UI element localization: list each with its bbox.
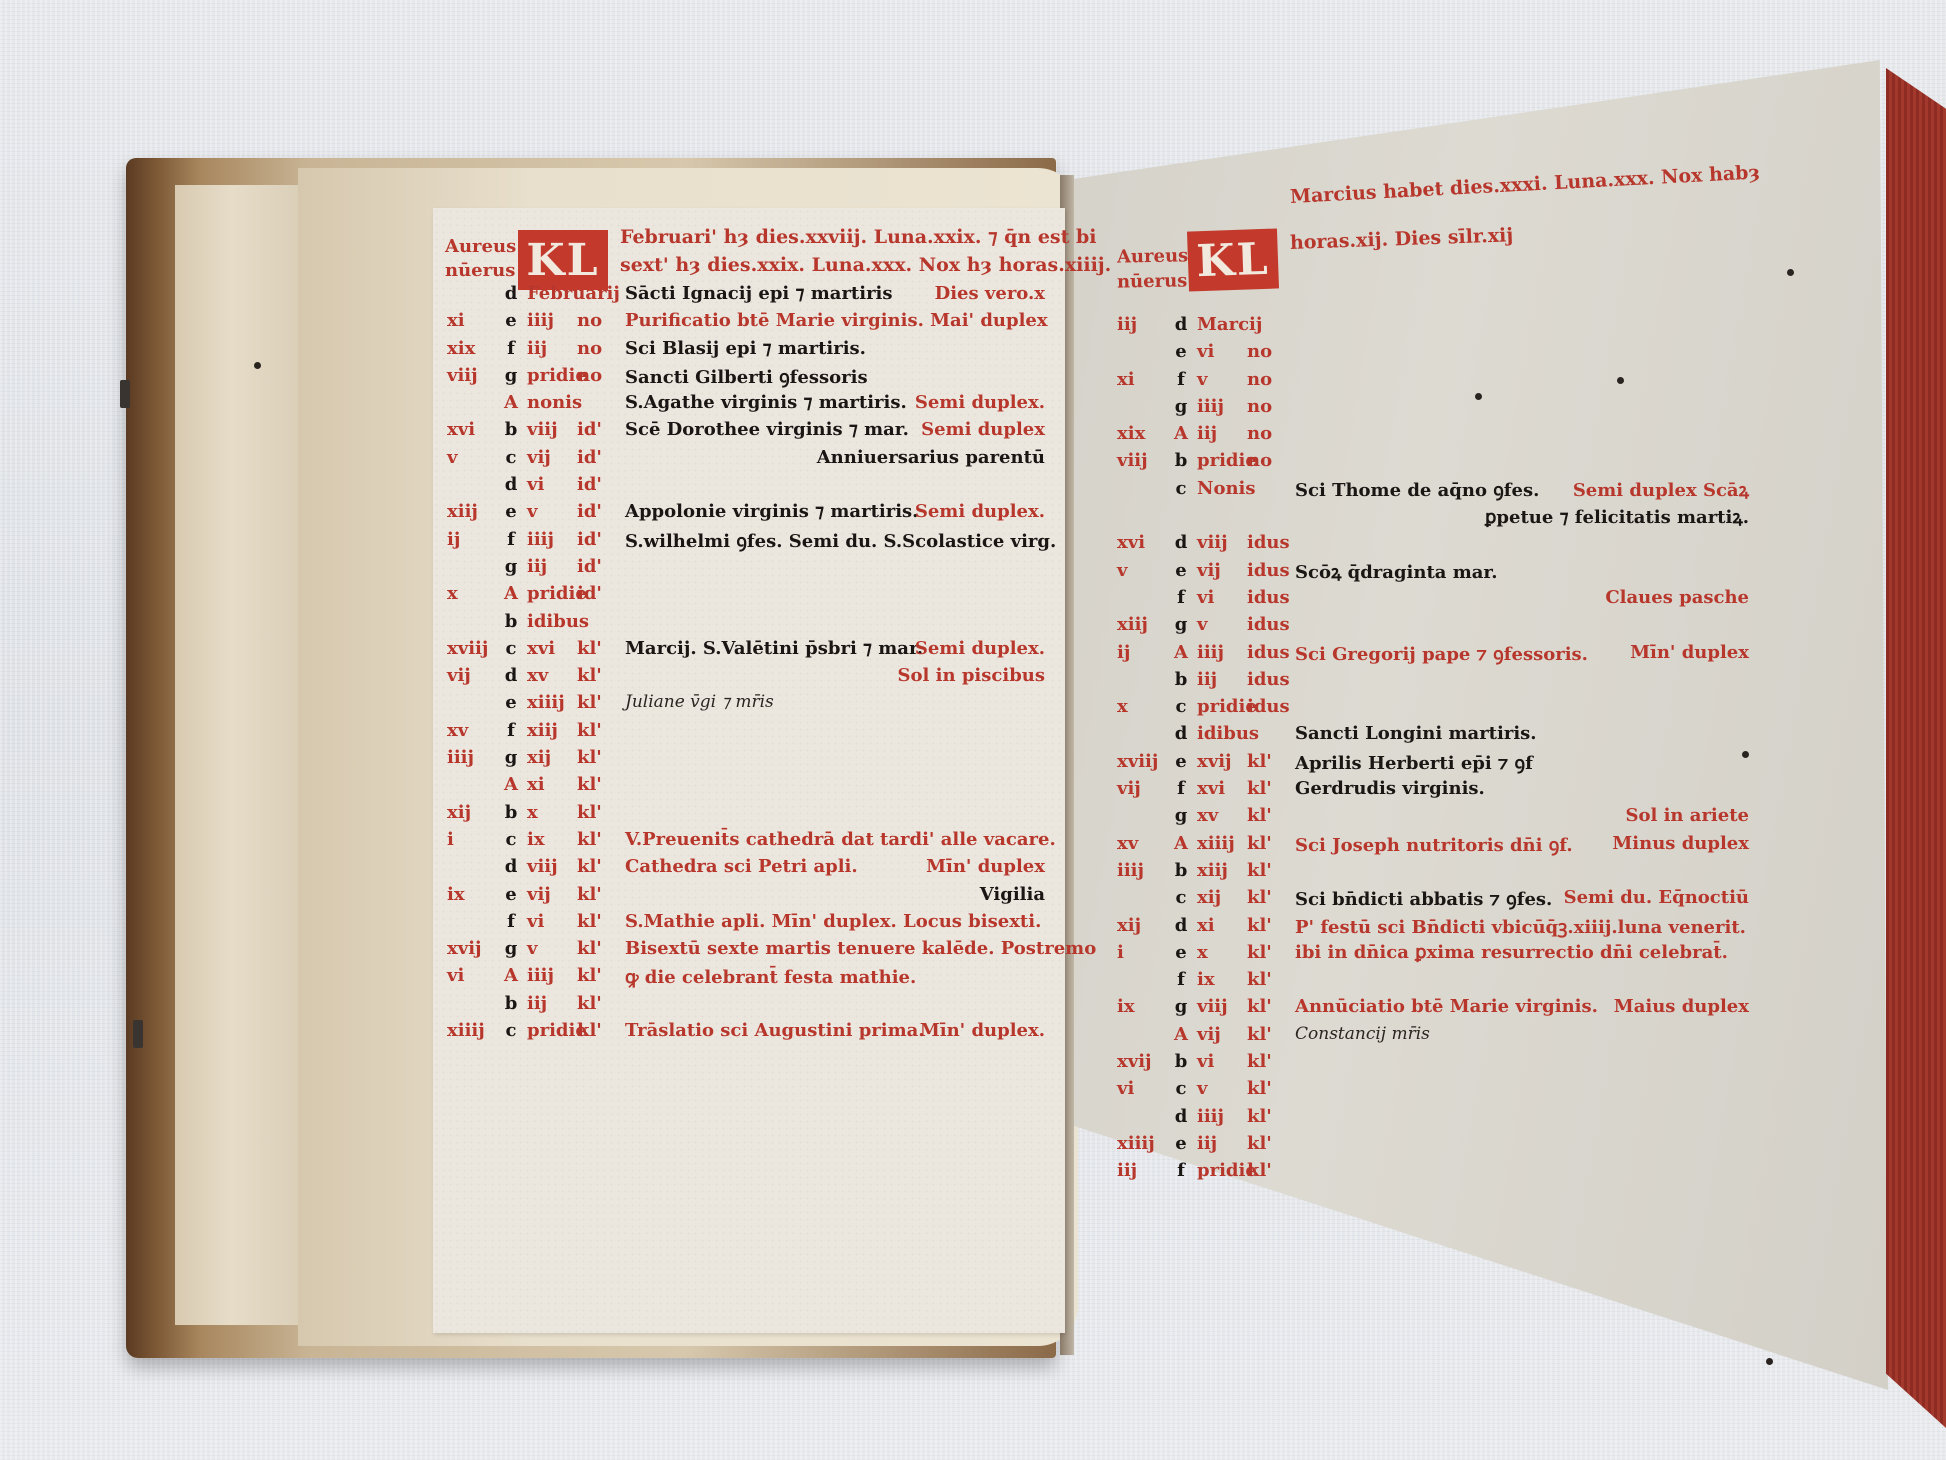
dominical-letter: b xyxy=(501,419,521,440)
calendar-row: ijAiiijidusSci Gregorij pape ⁊ ꝯfessoris… xyxy=(1117,642,1749,669)
clasp-bottom xyxy=(133,1020,143,1048)
feast-text: V.Preuenit̄s cathedrā dat tardi' alle va… xyxy=(625,829,1056,850)
golden-number: vij xyxy=(447,665,497,686)
dominical-letter: c xyxy=(501,638,521,659)
calendar-row: exiiijkl'Juliane v̄gi ⁊ mr̄is xyxy=(447,692,1045,719)
feast-text: Bisextū sexte martis tenuere kalēde. Pos… xyxy=(625,938,1096,959)
dominical-letter: f xyxy=(501,720,521,741)
dominical-letter: e xyxy=(501,692,521,713)
numerus-label: nūerus xyxy=(445,260,515,282)
calendar-row: xvijbvikl' xyxy=(1117,1051,1749,1078)
feast-rank: Mīn' duplex. xyxy=(920,1020,1045,1041)
calendar-row: xixAiijno xyxy=(1117,423,1749,450)
dominical-letter: b xyxy=(1171,1051,1191,1072)
golden-number: i xyxy=(1117,942,1167,963)
golden-number: xiij xyxy=(1117,614,1167,635)
feast-rank: Maius duplex xyxy=(1614,996,1749,1017)
golden-number: xij xyxy=(1117,915,1167,936)
dominical-letter: e xyxy=(501,501,521,522)
feast-text: Aprilis Herberti ep̄i ⁊ ꝯf xyxy=(1295,751,1533,775)
calendar-row: giiijno xyxy=(1117,396,1749,423)
kl-initial-march: KL xyxy=(1187,228,1279,291)
day-reckoning: idus xyxy=(1247,587,1287,608)
day-reckoning: kl' xyxy=(577,856,617,877)
golden-number: xvi xyxy=(447,419,497,440)
feast-text: Scē Dorothee virginis ⁊ mar. xyxy=(625,419,909,440)
dominical-letter: A xyxy=(501,392,521,413)
calendar-row: icixkl'V.Preuenit̄s cathedrā dat tardi' … xyxy=(447,829,1045,856)
dominical-letter: c xyxy=(1171,887,1191,908)
wormhole xyxy=(1475,393,1482,400)
golden-number: xiiij xyxy=(1117,1133,1167,1154)
golden-number: xvij xyxy=(447,938,497,959)
day-reckoning: id' xyxy=(577,419,617,440)
feast-text: Trāslatio sci Augustini prima. xyxy=(625,1020,925,1041)
calendar-row: fixkl' xyxy=(1117,969,1749,996)
dominical-letter: A xyxy=(501,583,521,604)
golden-number: ij xyxy=(1117,642,1167,663)
feast-text: Marcij. S.Valētini p̄sbri ⁊ mar. xyxy=(625,638,923,659)
wormhole xyxy=(1617,377,1624,384)
calendar-row: cNonisSci Thome de aq̄no ꝯfes.Semi duple… xyxy=(1117,478,1749,505)
calendar-row: xieiiijnoPurificatio btē Marie virginis.… xyxy=(447,310,1045,337)
calendar-row: viijbpridieno xyxy=(1117,450,1749,477)
calendar-row: cxijkl'Sci bn̄dicti abbatis ⁊ ꝯfes.Semi … xyxy=(1117,887,1749,914)
golden-number: vij xyxy=(1117,778,1167,799)
golden-number: iij xyxy=(1117,1160,1167,1181)
clasp-top xyxy=(120,380,130,408)
golden-number: xv xyxy=(447,720,497,741)
day-reckoning: kl' xyxy=(577,720,617,741)
golden-number: xviij xyxy=(1117,751,1167,772)
dominical-letter: b xyxy=(1171,860,1191,881)
day-reckoning: kl' xyxy=(1247,1106,1287,1127)
feast-text: Purificatio btē Marie virginis. Mai' dup… xyxy=(625,310,1048,331)
dominical-letter: c xyxy=(501,1020,521,1041)
day-reckoning: id' xyxy=(577,583,617,604)
flyleaf xyxy=(175,185,315,1325)
calendar-row: iexkl'ibi in dn̄ica ꝑxima resurrectio dn… xyxy=(1117,942,1749,969)
feast-text: Sācti Ignacij epi ⁊ martiris xyxy=(625,283,893,304)
dominical-letter: d xyxy=(501,856,521,877)
roman-day: nonis xyxy=(527,392,587,413)
feast-rank: Sol in piscibus xyxy=(898,665,1045,686)
feast-text: ꝙ die celebrant̄ festa mathie. xyxy=(625,965,916,989)
kl-initial: KL xyxy=(518,230,608,290)
calendar-row: Axikl' xyxy=(447,774,1045,801)
dominical-letter: d xyxy=(501,474,521,495)
day-reckoning: id' xyxy=(577,447,617,468)
dominical-letter: e xyxy=(1171,341,1191,362)
day-reckoning: kl' xyxy=(1247,751,1287,772)
calendar-row: gxvkl'Sol in ariete xyxy=(1117,805,1749,832)
day-reckoning: kl' xyxy=(1247,778,1287,799)
calendar-row: xvfxiijkl' xyxy=(447,720,1045,747)
calendar-row: fvikl'S.Mathie apli. Mīn' duplex. Locus … xyxy=(447,911,1045,938)
wormhole xyxy=(1742,751,1749,758)
feast-rank: Anniuersarius parentū xyxy=(817,447,1045,468)
aureus-label-march: Aureus xyxy=(1117,245,1189,268)
dominical-letter: f xyxy=(501,529,521,550)
golden-number: viij xyxy=(1117,450,1167,471)
dominical-letter: d xyxy=(501,665,521,686)
feast-text: Scōꝝ q̄draginta mar. xyxy=(1295,560,1498,584)
feast-text: Sancti Gilberti ꝯfessoris xyxy=(625,365,868,389)
golden-number: iiij xyxy=(447,747,497,768)
golden-number: vi xyxy=(1117,1078,1167,1099)
feast-text: Annūciatio btē Marie virginis. xyxy=(1295,996,1598,1017)
dominical-letter: f xyxy=(1171,778,1191,799)
calendar-row: biijkl' xyxy=(447,993,1045,1020)
feast-text: Sci Gregorij pape ⁊ ꝯfessoris. xyxy=(1295,642,1588,666)
feast-rank: Semi duplex Scāꝝ xyxy=(1573,478,1749,502)
day-reckoning: kl' xyxy=(577,802,617,823)
golden-number: v xyxy=(1117,560,1167,581)
calendar-row: vijdxvkl'Sol in piscibus xyxy=(447,665,1045,692)
calendar-row: bidibus xyxy=(447,611,1045,638)
calendar-row: AnonisS.Agathe virginis ⁊ martiris.Semi … xyxy=(447,392,1045,419)
feast-text: ibi in dn̄ica ꝑxima resurrectio dn̄i cel… xyxy=(1295,942,1728,963)
calendar-row: iiijgxijkl' xyxy=(447,747,1045,774)
feast-text: Constancij mr̄is xyxy=(1295,1024,1430,1044)
feast-rank: Minus duplex xyxy=(1612,833,1749,854)
day-reckoning: idus xyxy=(1247,669,1287,690)
calendar-row: viAiiijkl'ꝙ die celebrant̄ festa mathie. xyxy=(447,965,1045,992)
day-reckoning: kl' xyxy=(577,993,617,1014)
dominical-letter: A xyxy=(1171,833,1191,854)
calendar-row: vevijidusScōꝝ q̄draginta mar. xyxy=(1117,560,1749,587)
calendar-row: didibusSancti Longini martiris. xyxy=(1117,723,1749,750)
feast-text: Sci Blasij epi ⁊ martiris. xyxy=(625,338,866,359)
dominical-letter: g xyxy=(501,556,521,577)
dominical-letter: g xyxy=(501,747,521,768)
dominical-letter: g xyxy=(1171,614,1191,635)
roman-day: Marcij xyxy=(1197,314,1257,335)
day-reckoning: kl' xyxy=(1247,942,1287,963)
golden-number: xi xyxy=(447,310,497,331)
day-reckoning: kl' xyxy=(577,965,617,986)
calendar-row: evino xyxy=(1117,341,1749,368)
feast-text: S.Agathe virginis ⁊ martiris. xyxy=(625,392,907,413)
calendar-row: xijbxkl' xyxy=(447,802,1045,829)
dominical-letter: f xyxy=(1171,1160,1191,1181)
day-reckoning: kl' xyxy=(577,774,617,795)
golden-number: xiiij xyxy=(447,1020,497,1041)
dominical-letter: A xyxy=(1171,1024,1191,1045)
dominical-letter: A xyxy=(501,965,521,986)
calendar-row: xvibviijid'Scē Dorothee virginis ⁊ mar.S… xyxy=(447,419,1045,446)
calendar-row: xixfiijnoSci Blasij epi ⁊ martiris. xyxy=(447,338,1045,365)
day-reckoning: kl' xyxy=(1247,887,1287,908)
dominical-letter: e xyxy=(501,884,521,905)
day-reckoning: kl' xyxy=(577,747,617,768)
calendar-row: viijgpridienoSancti Gilberti ꝯfessoris xyxy=(447,365,1045,392)
calendar-row: xijdxikl'P' festū sci Bn̄dicti vbicūq̄ꝫ.… xyxy=(1117,915,1749,942)
wormhole xyxy=(1766,1358,1773,1365)
feast-text: Sci Joseph nutritoris dn̄i ꝯf. xyxy=(1295,833,1573,857)
dominical-letter: g xyxy=(501,365,521,386)
day-reckoning: kl' xyxy=(1247,833,1287,854)
roman-day: Nonis xyxy=(1197,478,1257,499)
feast-rank: Mīn' duplex xyxy=(1630,642,1749,663)
golden-number: ij xyxy=(447,529,497,550)
feast-text: Juliane v̄gi ⁊ mr̄is xyxy=(625,692,774,712)
golden-number: viij xyxy=(447,365,497,386)
dominical-letter: A xyxy=(1171,423,1191,444)
day-reckoning: kl' xyxy=(577,692,617,713)
dominical-letter: e xyxy=(1171,560,1191,581)
dominical-letter: d xyxy=(1171,723,1191,744)
golden-number: xij xyxy=(447,802,497,823)
calendar-row: ixgviijkl'Annūciatio btē Marie virginis.… xyxy=(1117,996,1749,1023)
calendar-row: ijfiiijid'S.wilhelmi ꝯfes. Semi du. S.Sc… xyxy=(447,529,1045,556)
golden-number: xv xyxy=(1117,833,1167,854)
dominical-letter: g xyxy=(1171,396,1191,417)
day-reckoning: no xyxy=(1247,341,1287,362)
dominical-letter: f xyxy=(501,338,521,359)
dominical-letter: f xyxy=(1171,969,1191,990)
dominical-letter: d xyxy=(1171,1106,1191,1127)
calendar-row: xiiijeiijkl' xyxy=(1117,1133,1749,1160)
day-reckoning: no xyxy=(577,365,617,386)
feast-rank: Mīn' duplex xyxy=(926,856,1045,877)
dominical-letter: d xyxy=(1171,314,1191,335)
calendar-row: xviijcxvikl'Marcij. S.Valētini p̄sbri ⁊ … xyxy=(447,638,1045,665)
day-reckoning: idus xyxy=(1247,696,1287,717)
golden-number: xiij xyxy=(447,501,497,522)
feast-rank: Vigilia xyxy=(980,884,1045,905)
calendar-row: biijidus xyxy=(1117,669,1749,696)
day-reckoning: idus xyxy=(1247,642,1287,663)
february-calendar-rows: dFebruarijSācti Ignacij epi ⁊ martirisDi… xyxy=(447,283,1045,1047)
dominical-letter: b xyxy=(1171,450,1191,471)
feast-text: Appolonie virginis ⁊ martiris. xyxy=(625,501,918,522)
day-reckoning: no xyxy=(577,310,617,331)
day-reckoning: id' xyxy=(577,474,617,495)
calendar-row: xiijgvidus xyxy=(1117,614,1749,641)
calendar-row: giijid' xyxy=(447,556,1045,583)
wormhole xyxy=(1787,269,1794,276)
day-reckoning: kl' xyxy=(577,665,617,686)
day-reckoning: kl' xyxy=(1247,1160,1287,1181)
feast-text: Sancti Longini martiris. xyxy=(1295,723,1537,744)
golden-number: xix xyxy=(447,338,497,359)
golden-number: xi xyxy=(1117,369,1167,390)
feb-header-line-1: Februari' hȝ dies.xxviij. Luna.xxix. ⁊ q… xyxy=(620,224,1097,250)
feast-rank: ꝑpetue ⁊ felicitatis martiꝝ. xyxy=(1485,505,1749,529)
dominical-letter: g xyxy=(501,938,521,959)
day-reckoning: kl' xyxy=(577,911,617,932)
golden-number: xvi xyxy=(1117,532,1167,553)
golden-number: v xyxy=(447,447,497,468)
dominical-letter: e xyxy=(1171,942,1191,963)
calendar-row: Avijkl'Constancij mr̄is xyxy=(1117,1024,1749,1051)
dominical-letter: f xyxy=(1171,369,1191,390)
feast-rank: Semi duplex. xyxy=(915,501,1045,522)
dominical-letter: b xyxy=(501,611,521,632)
day-reckoning: kl' xyxy=(1247,1051,1287,1072)
feast-text: Sci bn̄dicti abbatis ⁊ ꝯfes. xyxy=(1295,887,1552,911)
feast-rank: Semi duplex xyxy=(921,419,1045,440)
dominical-letter: c xyxy=(1171,478,1191,499)
dominical-letter: g xyxy=(1171,805,1191,826)
day-reckoning: no xyxy=(1247,450,1287,471)
calendar-row: dFebruarijSācti Ignacij epi ⁊ martirisDi… xyxy=(447,283,1045,310)
calendar-row: ꝑpetue ⁊ felicitatis martiꝝ. xyxy=(1117,505,1749,532)
march-calendar-rows: iijdMarcijevinoxifvnogiiijnoxixAiijnovii… xyxy=(1117,314,1749,1188)
dominical-letter: d xyxy=(1171,532,1191,553)
red-page-edges xyxy=(1886,68,1946,1428)
day-reckoning: idus xyxy=(1247,532,1287,553)
day-reckoning: kl' xyxy=(1247,969,1287,990)
dominical-letter: c xyxy=(501,829,521,850)
roman-day: idibus xyxy=(1197,723,1257,744)
day-reckoning: kl' xyxy=(577,884,617,905)
wormhole xyxy=(254,362,261,369)
calendar-row: iiijbxiijkl' xyxy=(1117,860,1749,887)
feast-rank: Semi duplex. xyxy=(915,638,1045,659)
dominical-letter: g xyxy=(1171,996,1191,1017)
calendar-row: vicvkl' xyxy=(1117,1078,1749,1105)
day-reckoning: kl' xyxy=(577,638,617,659)
day-reckoning: kl' xyxy=(577,829,617,850)
calendar-row: dviijkl'Cathedra sci Petri apli.Mīn' dup… xyxy=(447,856,1045,883)
day-reckoning: kl' xyxy=(1247,996,1287,1017)
calendar-row: xiijevid'Appolonie virginis ⁊ martiris.S… xyxy=(447,501,1045,528)
dominical-letter: b xyxy=(1171,669,1191,690)
golden-number: x xyxy=(1117,696,1167,717)
aureus-label: Aureus xyxy=(445,236,516,258)
calendar-row: fviidusClaues pasche xyxy=(1117,587,1749,614)
day-reckoning: no xyxy=(577,338,617,359)
dominical-letter: e xyxy=(1171,1133,1191,1154)
day-reckoning: kl' xyxy=(1247,1024,1287,1045)
calendar-row: xiiijcpridiekl'Trāslatio sci Augustini p… xyxy=(447,1020,1045,1047)
golden-number: x xyxy=(447,583,497,604)
calendar-row: xviijexvijkl'Aprilis Herberti ep̄i ⁊ ꝯf xyxy=(1117,751,1749,778)
feast-text: Sci Thome de aq̄no ꝯfes. xyxy=(1295,478,1539,502)
day-reckoning: kl' xyxy=(577,938,617,959)
day-reckoning: no xyxy=(1247,396,1287,417)
feast-text: P' festū sci Bn̄dicti vbicūq̄ꝫ.xiiij.lun… xyxy=(1295,915,1746,939)
dominical-letter: f xyxy=(501,911,521,932)
feast-text: Cathedra sci Petri apli. xyxy=(625,856,858,877)
calendar-row: iijfpridiekl' xyxy=(1117,1160,1749,1187)
roman-day: Februarij xyxy=(527,283,587,304)
dominical-letter: f xyxy=(1171,587,1191,608)
day-reckoning: kl' xyxy=(1247,805,1287,826)
day-reckoning: kl' xyxy=(577,1020,617,1041)
calendar-row: ixevijkl'Vigilia xyxy=(447,884,1045,911)
dominical-letter: A xyxy=(501,774,521,795)
calendar-row: vijfxvikl'Gerdrudis virginis. xyxy=(1117,778,1749,805)
feast-rank: Claues pasche xyxy=(1605,587,1749,608)
day-reckoning: idus xyxy=(1247,560,1287,581)
calendar-row: xcpridieidus xyxy=(1117,696,1749,723)
day-reckoning: kl' xyxy=(1247,915,1287,936)
dominical-letter: c xyxy=(501,447,521,468)
dominical-letter: e xyxy=(501,310,521,331)
golden-number: vi xyxy=(447,965,497,986)
golden-number: ix xyxy=(447,884,497,905)
day-reckoning: no xyxy=(1247,423,1287,444)
dominical-letter: c xyxy=(1171,696,1191,717)
day-reckoning: no xyxy=(1247,369,1287,390)
day-reckoning: id' xyxy=(577,556,617,577)
feast-text: S.Mathie apli. Mīn' duplex. Locus bisext… xyxy=(625,911,1041,932)
dominical-letter: d xyxy=(501,283,521,304)
day-reckoning: id' xyxy=(577,529,617,550)
numerus-label-march: nūerus xyxy=(1117,270,1188,293)
calendar-row: xvAxiiijkl'Sci Joseph nutritoris dn̄i ꝯf… xyxy=(1117,833,1749,860)
golden-number: xix xyxy=(1117,423,1167,444)
golden-number: xviij xyxy=(447,638,497,659)
feast-text: S.wilhelmi ꝯfes. Semi du. S.Scolastice v… xyxy=(625,529,1056,553)
calendar-row: dviid' xyxy=(447,474,1045,501)
day-reckoning: kl' xyxy=(1247,1078,1287,1099)
calendar-row: diiijkl' xyxy=(1117,1106,1749,1133)
dominical-letter: A xyxy=(1171,642,1191,663)
dominical-letter: c xyxy=(1171,1078,1191,1099)
dominical-letter: d xyxy=(1171,915,1191,936)
golden-number: i xyxy=(447,829,497,850)
dominical-letter: b xyxy=(501,802,521,823)
calendar-row: xvidviijidus xyxy=(1117,532,1749,559)
dominical-letter: e xyxy=(1171,751,1191,772)
feast-rank: Dies vero.x xyxy=(935,283,1045,304)
feast-rank: Semi du. Eq̄noctiū xyxy=(1564,887,1749,908)
calendar-row: xApridieid' xyxy=(447,583,1045,610)
day-reckoning: kl' xyxy=(1247,860,1287,881)
golden-number: iij xyxy=(1117,314,1167,335)
feb-header-line-2: sext' hȝ dies.xxix. Luna.xxx. Nox hȝ hor… xyxy=(620,252,1111,278)
day-reckoning: kl' xyxy=(1247,1133,1287,1154)
feast-rank: Semi duplex. xyxy=(915,392,1045,413)
calendar-row: xifvno xyxy=(1117,369,1749,396)
golden-number: iiij xyxy=(1117,860,1167,881)
day-reckoning: idus xyxy=(1247,614,1287,635)
dominical-letter: b xyxy=(501,993,521,1014)
feast-text: Gerdrudis virginis. xyxy=(1295,778,1485,799)
calendar-row: iijdMarcij xyxy=(1117,314,1749,341)
calendar-row: vcvijid'Anniuersarius parentū xyxy=(447,447,1045,474)
feast-rank: Sol in ariete xyxy=(1625,805,1749,826)
golden-number: ix xyxy=(1117,996,1167,1017)
golden-number: xvij xyxy=(1117,1051,1167,1072)
calendar-row: xvijgvkl'Bisextū sexte martis tenuere ka… xyxy=(447,938,1045,965)
roman-day: idibus xyxy=(527,611,587,632)
day-reckoning: id' xyxy=(577,501,617,522)
